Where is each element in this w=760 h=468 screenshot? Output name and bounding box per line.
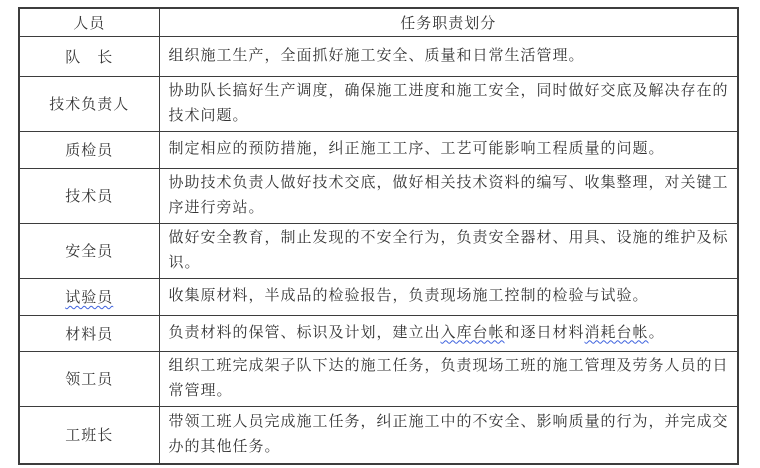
table-row: 质检员 制定相应的预防措施，纠正施工工序、工艺可能影响工程质量的问题。: [19, 131, 738, 168]
duty-table-container: 人员 任务职责划分 队 长 组织施工生产，全面抓好施工安全、质量和日常生活管理。…: [18, 7, 739, 465]
misspelled-term: 入库台帐: [441, 325, 505, 341]
table-row: 材料员 负责材料的保管、标识及计划，建立出入库台帐和逐日材料消耗台帐。: [19, 315, 738, 351]
header-row: 人员 任务职责划分: [19, 8, 738, 36]
duty-cell: 制定相应的预防措施，纠正施工工序、工艺可能影响工程质量的问题。: [159, 131, 738, 168]
role-cell: 技术负责人: [19, 76, 159, 131]
misspelled-role-term: 试验员: [65, 290, 113, 306]
duty-cell: 做好安全教育，制止发现的不安全行为，负责安全器材、用具、设施的维护及标识。: [159, 223, 738, 278]
duty-cell: 协助技术负责人做好技术交底，做好相关技术资料的编写、收集整理，对关键工序进行旁站…: [159, 168, 738, 223]
role-cell: 工班长: [19, 406, 159, 464]
role-cell: 领工员: [19, 351, 159, 406]
role-cell: 材料员: [19, 315, 159, 351]
table-row: 领工员 组织工班完成架子队下达的施工任务，负责现场工班的施工管理及劳务人员的日常…: [19, 351, 738, 406]
personnel-duty-table: 人员 任务职责划分 队 长 组织施工生产，全面抓好施工安全、质量和日常生活管理。…: [18, 7, 739, 465]
duty-text-segment: 。: [649, 325, 665, 341]
role-cell: 安全员: [19, 223, 159, 278]
duty-text-segment: 和逐日材料: [505, 325, 585, 341]
column-header-duties: 任务职责划分: [159, 8, 738, 36]
role-cell: 质检员: [19, 131, 159, 168]
table-row: 工班长 带领工班人员完成施工任务，纠正施工中的不安全、影响质量的行为，并完成交办…: [19, 406, 738, 464]
column-header-personnel: 人员: [19, 8, 159, 36]
table-row: 队 长 组织施工生产，全面抓好施工安全、质量和日常生活管理。: [19, 36, 738, 76]
table-row: 技术员 协助技术负责人做好技术交底，做好相关技术资料的编写、收集整理，对关键工序…: [19, 168, 738, 223]
table-row: 技术负责人 协助队长搞好生产调度，确保施工进度和施工安全，同时做好交底及解决存在…: [19, 76, 738, 131]
document-page: { "document": { "background_color": "#ff…: [0, 0, 760, 468]
duty-cell: 协助队长搞好生产调度，确保施工进度和施工安全，同时做好交底及解决存在的技术问题。: [159, 76, 738, 131]
table-row: 试验员 收集原材料，半成品的检验报告，负责现场施工控制的检验与试验。: [19, 278, 738, 315]
duty-text-segment: 负责材料的保管、标识及计划，建立出: [169, 325, 441, 341]
misspelled-term: 消耗台帐: [585, 325, 649, 341]
table-row: 安全员 做好安全教育，制止发现的不安全行为，负责安全器材、用具、设施的维护及标识…: [19, 223, 738, 278]
duty-cell: 负责材料的保管、标识及计划，建立出入库台帐和逐日材料消耗台帐。: [159, 315, 738, 351]
role-cell: 技术员: [19, 168, 159, 223]
role-cell: 试验员: [19, 278, 159, 315]
duty-cell: 组织施工生产，全面抓好施工安全、质量和日常生活管理。: [159, 36, 738, 76]
duty-cell: 组织工班完成架子队下达的施工任务，负责现场工班的施工管理及劳务人员的日常管理。: [159, 351, 738, 406]
duty-cell: 收集原材料，半成品的检验报告，负责现场施工控制的检验与试验。: [159, 278, 738, 315]
role-cell: 队 长: [19, 36, 159, 76]
duty-cell: 带领工班人员完成施工任务，纠正施工中的不安全、影响质量的行为，并完成交办的其他任…: [159, 406, 738, 464]
